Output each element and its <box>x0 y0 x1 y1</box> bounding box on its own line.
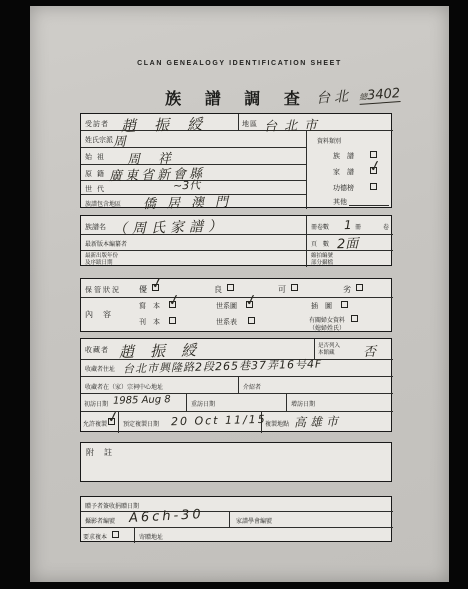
volume-unit-label: 冊 <box>355 222 361 231</box>
copy-place-value: 高雄市 <box>294 412 342 430</box>
book-name-label: 族譜名 <box>85 222 106 232</box>
covered-area-label: 族譜包含地區 <box>85 199 121 208</box>
interviewee-table: 受訪者 趙振綬 地區 台北市 姓氏宗派 周 始祖 周祥 原籍 廣東省新會縣 世代… <box>80 113 392 208</box>
notes-label: 附 註 <box>86 447 113 458</box>
listed-value: 否 <box>363 341 377 360</box>
scroll-unit-label: 卷 <box>383 222 389 231</box>
clan-center-label: 收藏者在（家）宗祠中心地址 <box>85 382 163 391</box>
category-gongdebang-label: 功德榜 <box>333 183 354 193</box>
collector-table: 收藏者 趙振綬 是否列入 本館藏 否 收藏者住址 台北市興隆路2段265巷37弄… <box>80 338 392 432</box>
pages-label: 頁 數 <box>311 239 329 248</box>
collector-address-label: 收藏者住址 <box>85 364 115 373</box>
pubdate-label: 最新出版年份 及序跋日期 <box>85 253 118 266</box>
women-data-checkbox <box>351 315 358 322</box>
film-label-line2: 部分攝檔 <box>311 260 333 267</box>
category-other-label: 其他 <box>333 197 347 207</box>
mailing-address-label: 寄贈地址 <box>139 532 163 541</box>
category-zupu-label: 族 譜 <box>333 151 354 161</box>
first-visit-value: 1985 Aug 8 <box>113 394 171 407</box>
editor-label: 最新版本編纂者 <box>85 239 127 248</box>
condition-table: 保管狀況 優 良 可 劣 內 容 寫 本 世系圖 插 圖 刊 本 世系表 有關婦… <box>80 278 392 332</box>
category-jiapu-checkbox <box>370 167 377 174</box>
sheet-region: 台北 <box>316 88 353 106</box>
volumes-label: 冊卷數 <box>311 222 329 231</box>
listed-label-line1: 是否列入 <box>318 343 340 350</box>
paper-sheet: CLAN GENEALOGY IDENTIFICATION SHEET 族 譜 … <box>30 6 449 582</box>
listed-label: 是否列入 本館藏 <box>318 343 340 356</box>
interviewee-label: 受訪者 <box>85 119 109 129</box>
covered-area-value: 僑居澳門 <box>143 191 239 213</box>
region-value: 台北市 <box>264 114 324 135</box>
society-number-label: 家譜學會編號 <box>236 516 272 525</box>
book-table: 族譜名 （周氏家譜） 冊卷數 1 冊 卷 最新版本編纂者 頁 數 2面 最新出版… <box>80 215 392 266</box>
illustration-checkbox <box>341 301 348 308</box>
condition-excellent-label: 優 <box>139 284 148 295</box>
extra-visit-label: 增訪日期 <box>291 399 315 408</box>
sheet-number: 3402 <box>367 86 401 103</box>
copy-date-label: 預定複製日期 <box>123 419 159 428</box>
lineage-chart-label: 世系圖 <box>216 301 237 311</box>
film-label: 縮拍編號 部分攝檔 <box>311 253 333 266</box>
printed-edition-checkbox <box>169 317 176 324</box>
content-label: 內 容 <box>85 309 112 320</box>
women-data-note: （媳婦姓氏） <box>309 323 345 332</box>
volumes-value: 1 <box>344 218 352 232</box>
interviewee-value: 趙振綬 <box>121 113 221 137</box>
donor-signature-label: 贈予者簽收捐贈日期 <box>85 501 139 510</box>
condition-fair-label: 可 <box>278 284 287 295</box>
clan-branch-value: 周 <box>113 131 127 150</box>
revisit-label: 重訪日期 <box>191 399 215 408</box>
printed-edition-label: 刊 本 <box>139 317 160 327</box>
book-name-value: （周氏家譜） <box>113 216 227 239</box>
pages-value: 2面 <box>337 233 359 253</box>
lineage-table-checkbox <box>248 317 255 324</box>
copy-place-label: 複製地點 <box>265 419 289 428</box>
manuscript-label: 寫 本 <box>139 301 160 311</box>
photographer-number-value: A6ch-30 <box>129 507 204 526</box>
condition-good-label: 良 <box>214 284 223 295</box>
generations-label: 世代 <box>85 184 109 194</box>
footer-table: 贈予者簽收捐贈日期 攝影者編號 A6ch-30 家譜學會編號 要求複本 寄贈地址 <box>80 496 392 542</box>
pubdate-label-line1: 最新出版年份 <box>85 253 118 260</box>
collector-label: 收藏者 <box>85 345 109 355</box>
category-title: 資料類別 <box>317 136 341 145</box>
english-title: CLAN GENEALOGY IDENTIFICATION SHEET <box>30 60 449 67</box>
sheet-number-handwriting: 台北總3402 <box>315 82 400 108</box>
introducer-label: 介紹者 <box>243 382 261 391</box>
category-gongdebang-checkbox <box>370 183 377 190</box>
copy-date-value: 20 Oct 11/15 <box>171 413 267 429</box>
illustration-label: 插 圖 <box>311 301 332 311</box>
copy-request-label: 要求複本 <box>83 532 107 541</box>
clan-branch-label: 姓氏宗派 <box>85 135 113 145</box>
copy-permit-checkbox <box>108 418 115 425</box>
category-jiapu-label: 家 譜 <box>333 167 354 177</box>
condition-excellent-checkbox <box>152 284 159 291</box>
condition-poor-label: 劣 <box>343 284 352 295</box>
condition-fair-checkbox <box>291 284 298 291</box>
photographer-number-label: 攝影者編號 <box>85 516 115 525</box>
native-place-label: 原籍 <box>85 169 109 179</box>
lineage-chart-checkbox <box>246 301 253 308</box>
first-ancestor-label: 始祖 <box>85 152 109 162</box>
lineage-table-label: 世系表 <box>216 317 237 327</box>
notes-box: 附 註 <box>80 442 392 482</box>
manuscript-checkbox <box>169 301 176 308</box>
condition-label: 保管狀況 <box>85 285 121 295</box>
condition-poor-checkbox <box>356 284 363 291</box>
category-other-line <box>349 205 389 206</box>
first-visit-label: 初訪日期 <box>84 399 108 408</box>
pubdate-label-line2: 及序跋日期 <box>85 260 118 267</box>
scan-frame: CLAN GENEALOGY IDENTIFICATION SHEET 族 譜 … <box>0 0 468 589</box>
region-label: 地區 <box>242 119 258 129</box>
copy-permit-label: 允許複製 <box>83 419 107 428</box>
copy-request-checkbox <box>112 531 119 538</box>
film-label-line1: 縮拍編號 <box>311 253 333 260</box>
condition-good-checkbox <box>227 284 234 291</box>
